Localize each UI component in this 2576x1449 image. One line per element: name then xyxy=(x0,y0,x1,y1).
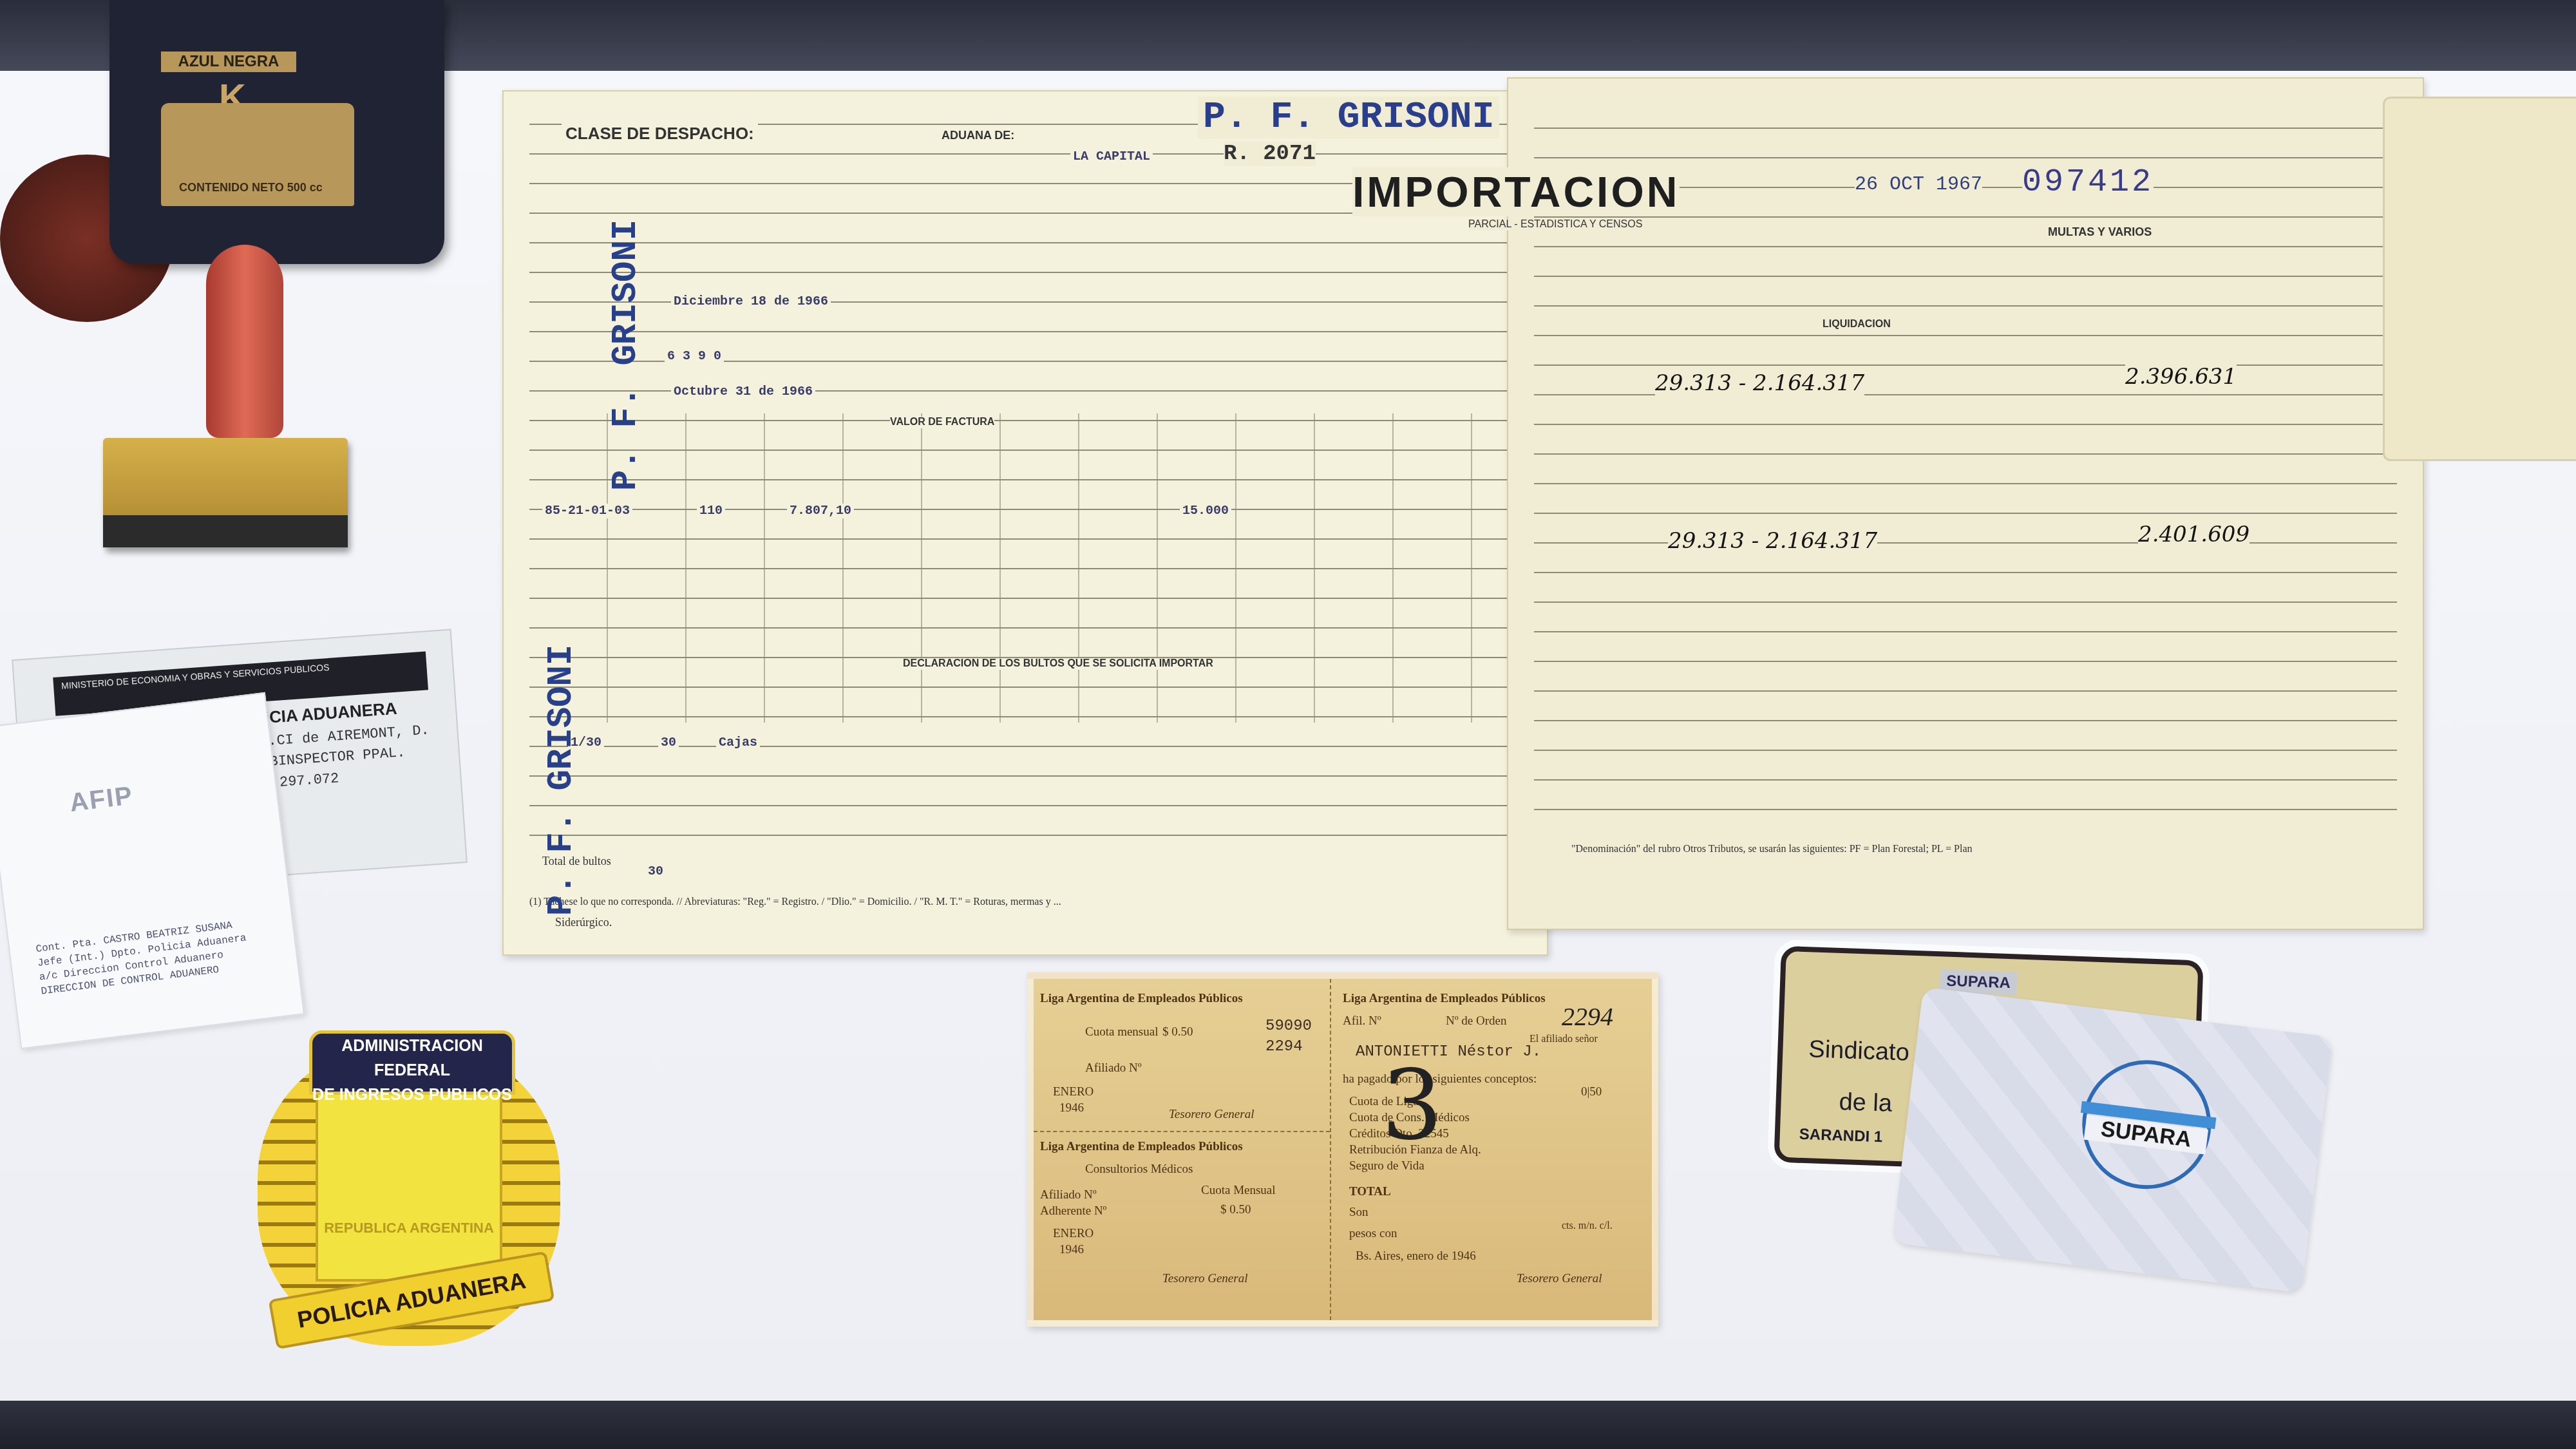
supara-plastic-card: SUPARA xyxy=(1892,987,2333,1293)
liquidacion-header: LIQUIDACION xyxy=(1823,319,1891,330)
cuota-value: $ 0.50 xyxy=(1162,1025,1193,1039)
form-footnote: (1) Táchese lo que no corresponda. // Ab… xyxy=(529,896,1061,908)
rubber-stamp-handle xyxy=(206,245,283,438)
receipt-number: 2294 xyxy=(1265,1038,1303,1056)
badge-header-line1: ADMINISTRACION FEDERAL xyxy=(312,1034,512,1083)
handwritten-recargo: 29.313 - 2.164.317 xyxy=(1655,370,1864,396)
form-title: IMPORTACION xyxy=(1352,167,1680,216)
document-number: 097412 xyxy=(2022,164,2154,201)
receipt-year: 1946 xyxy=(1059,1243,1084,1257)
rubber-stamp-pad xyxy=(103,515,348,547)
afiliado-label: Afiliado Nº xyxy=(1085,1061,1142,1075)
declaracion-header: DECLARACION DE LOS BULTOS QUE SE SOLICIT… xyxy=(903,658,1213,670)
cuota-label: Cuota mensual xyxy=(1085,1025,1158,1039)
badge-shield: REPUBLICA ARGENTINA xyxy=(316,1088,502,1282)
rubber-stamp-base xyxy=(103,438,348,547)
grisoni-vertical-stamp: P. F. GRISONI xyxy=(607,220,646,491)
afip-authorization-card: AFIP Cont. Pta. CASTRO BEATRIZ SUSANA Je… xyxy=(0,692,305,1049)
son-label: Son xyxy=(1349,1206,1368,1220)
supara-globe-icon: SUPARA xyxy=(2075,1053,2219,1197)
signature-block: Cont. Pta. CASTRO BEATRIZ SUSANA Jefe (I… xyxy=(35,916,251,998)
pais-origen-value: 6 3 9 0 xyxy=(665,349,724,364)
fob-value: 7.807,10 xyxy=(787,504,854,518)
handwritten-scribble: 3 xyxy=(1381,1050,1443,1162)
total-bultos-value: 30 xyxy=(645,864,666,879)
receipt-year: 1946 xyxy=(1059,1101,1084,1115)
afip-logo: AFIP xyxy=(68,781,135,818)
badge-header: ADMINISTRACION FEDERAL DE INGRESOS PUBLI… xyxy=(309,1030,515,1095)
prima-seguro-value: Octubre 31 de 1966 xyxy=(671,384,815,399)
form-left-page: CLASE DE DESPACHO: ADUANA DE: LA CAPITAL… xyxy=(502,90,1548,956)
concept-amount: 0|50 xyxy=(1581,1085,1602,1099)
form-subtitle: PARCIAL - ESTADISTICA Y CENSOS xyxy=(1468,219,1642,231)
pesos-label: pesos con xyxy=(1349,1227,1397,1241)
procedente-value: Diciembre 18 de 1966 xyxy=(671,294,831,309)
supara-card-line1: Sindicato xyxy=(1808,1036,1910,1066)
registro-number: R. 2071 xyxy=(1224,142,1316,166)
tipo-cambio-value: 110 xyxy=(697,504,725,518)
ink-bottle-banner: AZUL NEGRA xyxy=(161,52,296,72)
handwritten-total: 2.396.631 xyxy=(2125,364,2237,390)
receipt-org: Liga Argentina de Empleados Públicos xyxy=(1040,1140,1243,1154)
multas-header: MULTAS Y VARIOS xyxy=(2048,225,2152,239)
receipt-number: 59090 xyxy=(1265,1018,1312,1035)
unidades-value: 15.000 xyxy=(1180,504,1231,518)
afil-label: Afil. Nº xyxy=(1343,1014,1381,1028)
ink-bottle: AZUL NEGRA K CONTENIDO NETO 500 cc xyxy=(109,0,444,264)
badge-shield-text: REPUBLICA ARGENTINA xyxy=(324,1220,494,1236)
display-case-bottom-edge xyxy=(0,1401,2576,1449)
envase-value: Cajas xyxy=(716,735,760,750)
tesorero-label: Tesorero General xyxy=(1162,1272,1247,1286)
siderurgico-note: Siderúrgico. xyxy=(555,916,612,929)
supara-card-line2: de la xyxy=(1839,1088,1893,1118)
receipt-month: ENERO xyxy=(1053,1085,1094,1099)
total-label: TOTAL xyxy=(1349,1185,1391,1199)
place-date: Bs. Aires, enero de 1946 xyxy=(1356,1249,1476,1264)
ink-bottle-label: CONTENIDO NETO 500 cc xyxy=(161,103,354,206)
cantidad-value: 30 xyxy=(658,735,679,750)
clase-despacho-label: CLASE DE DESPACHO: xyxy=(562,124,758,144)
handwritten-recargo-2: 29.313 - 2.164.317 xyxy=(1668,528,1877,554)
afiliado-label: Afiliado Nº xyxy=(1040,1188,1097,1202)
receipt-month: ENERO xyxy=(1053,1227,1094,1241)
cuota-mensual-value: $ 0.50 xyxy=(1220,1203,1251,1217)
tesorero-label: Tesorero General xyxy=(1517,1272,1602,1286)
grisoni-stamp: P. F. GRISONI xyxy=(1198,97,1499,138)
grisoni-vertical-stamp: P. F. GRISONI xyxy=(542,645,582,916)
customs-police-badge: REPUBLICA ARGENTINA ADMINISTRACION FEDER… xyxy=(258,1018,560,1359)
handwritten-grand-total: 2.401.609 xyxy=(2138,522,2249,547)
adherente-label: Adherente Nº xyxy=(1040,1204,1107,1218)
aduana-value: LA CAPITAL xyxy=(1070,149,1153,164)
cream-device-edge xyxy=(2383,97,2576,461)
tesorero-label: Tesorero General xyxy=(1169,1108,1254,1122)
date-stamp: 26 OCT 1967 xyxy=(1855,174,1982,196)
supara-card-address: SARANDI 1 xyxy=(1799,1126,1882,1146)
valor-factura-header: VALOR DE FACTURA xyxy=(890,417,994,428)
cts-label: cts. m/n. c/l. xyxy=(1562,1220,1613,1232)
form-columns xyxy=(529,413,1521,723)
form-footnote-right: "Denominación" del rubro Otros Tributos,… xyxy=(1571,844,1972,855)
receipt-perforation xyxy=(1034,1131,1330,1132)
receipt-org: Liga Argentina de Empleados Públicos xyxy=(1040,992,1243,1006)
orden-value: 2294 xyxy=(1562,1001,1613,1032)
receipt-org: Liga Argentina de Empleados Públicos xyxy=(1343,992,1546,1006)
liga-empleados-receipt: Liga Argentina de Empleados Públicos Cuo… xyxy=(1027,972,1658,1327)
aduana-label: ADUANA DE: xyxy=(942,129,1014,142)
badge-header-line2: DE INGRESOS PUBLICOS xyxy=(312,1083,512,1107)
receipt-perforation xyxy=(1330,979,1332,1320)
consultorios-label: Consultorios Médicos xyxy=(1085,1162,1193,1177)
orden-label: Nº de Orden xyxy=(1446,1014,1507,1028)
ink-net-content: CONTENIDO NETO 500 cc xyxy=(179,181,323,194)
cuota-mensual-label: Cuota Mensual xyxy=(1201,1184,1276,1198)
posicion-value: 85-21-01-03 xyxy=(542,504,632,518)
import-declaration-form: CLASE DE DESPACHO: ADUANA DE: LA CAPITAL… xyxy=(502,77,2421,953)
